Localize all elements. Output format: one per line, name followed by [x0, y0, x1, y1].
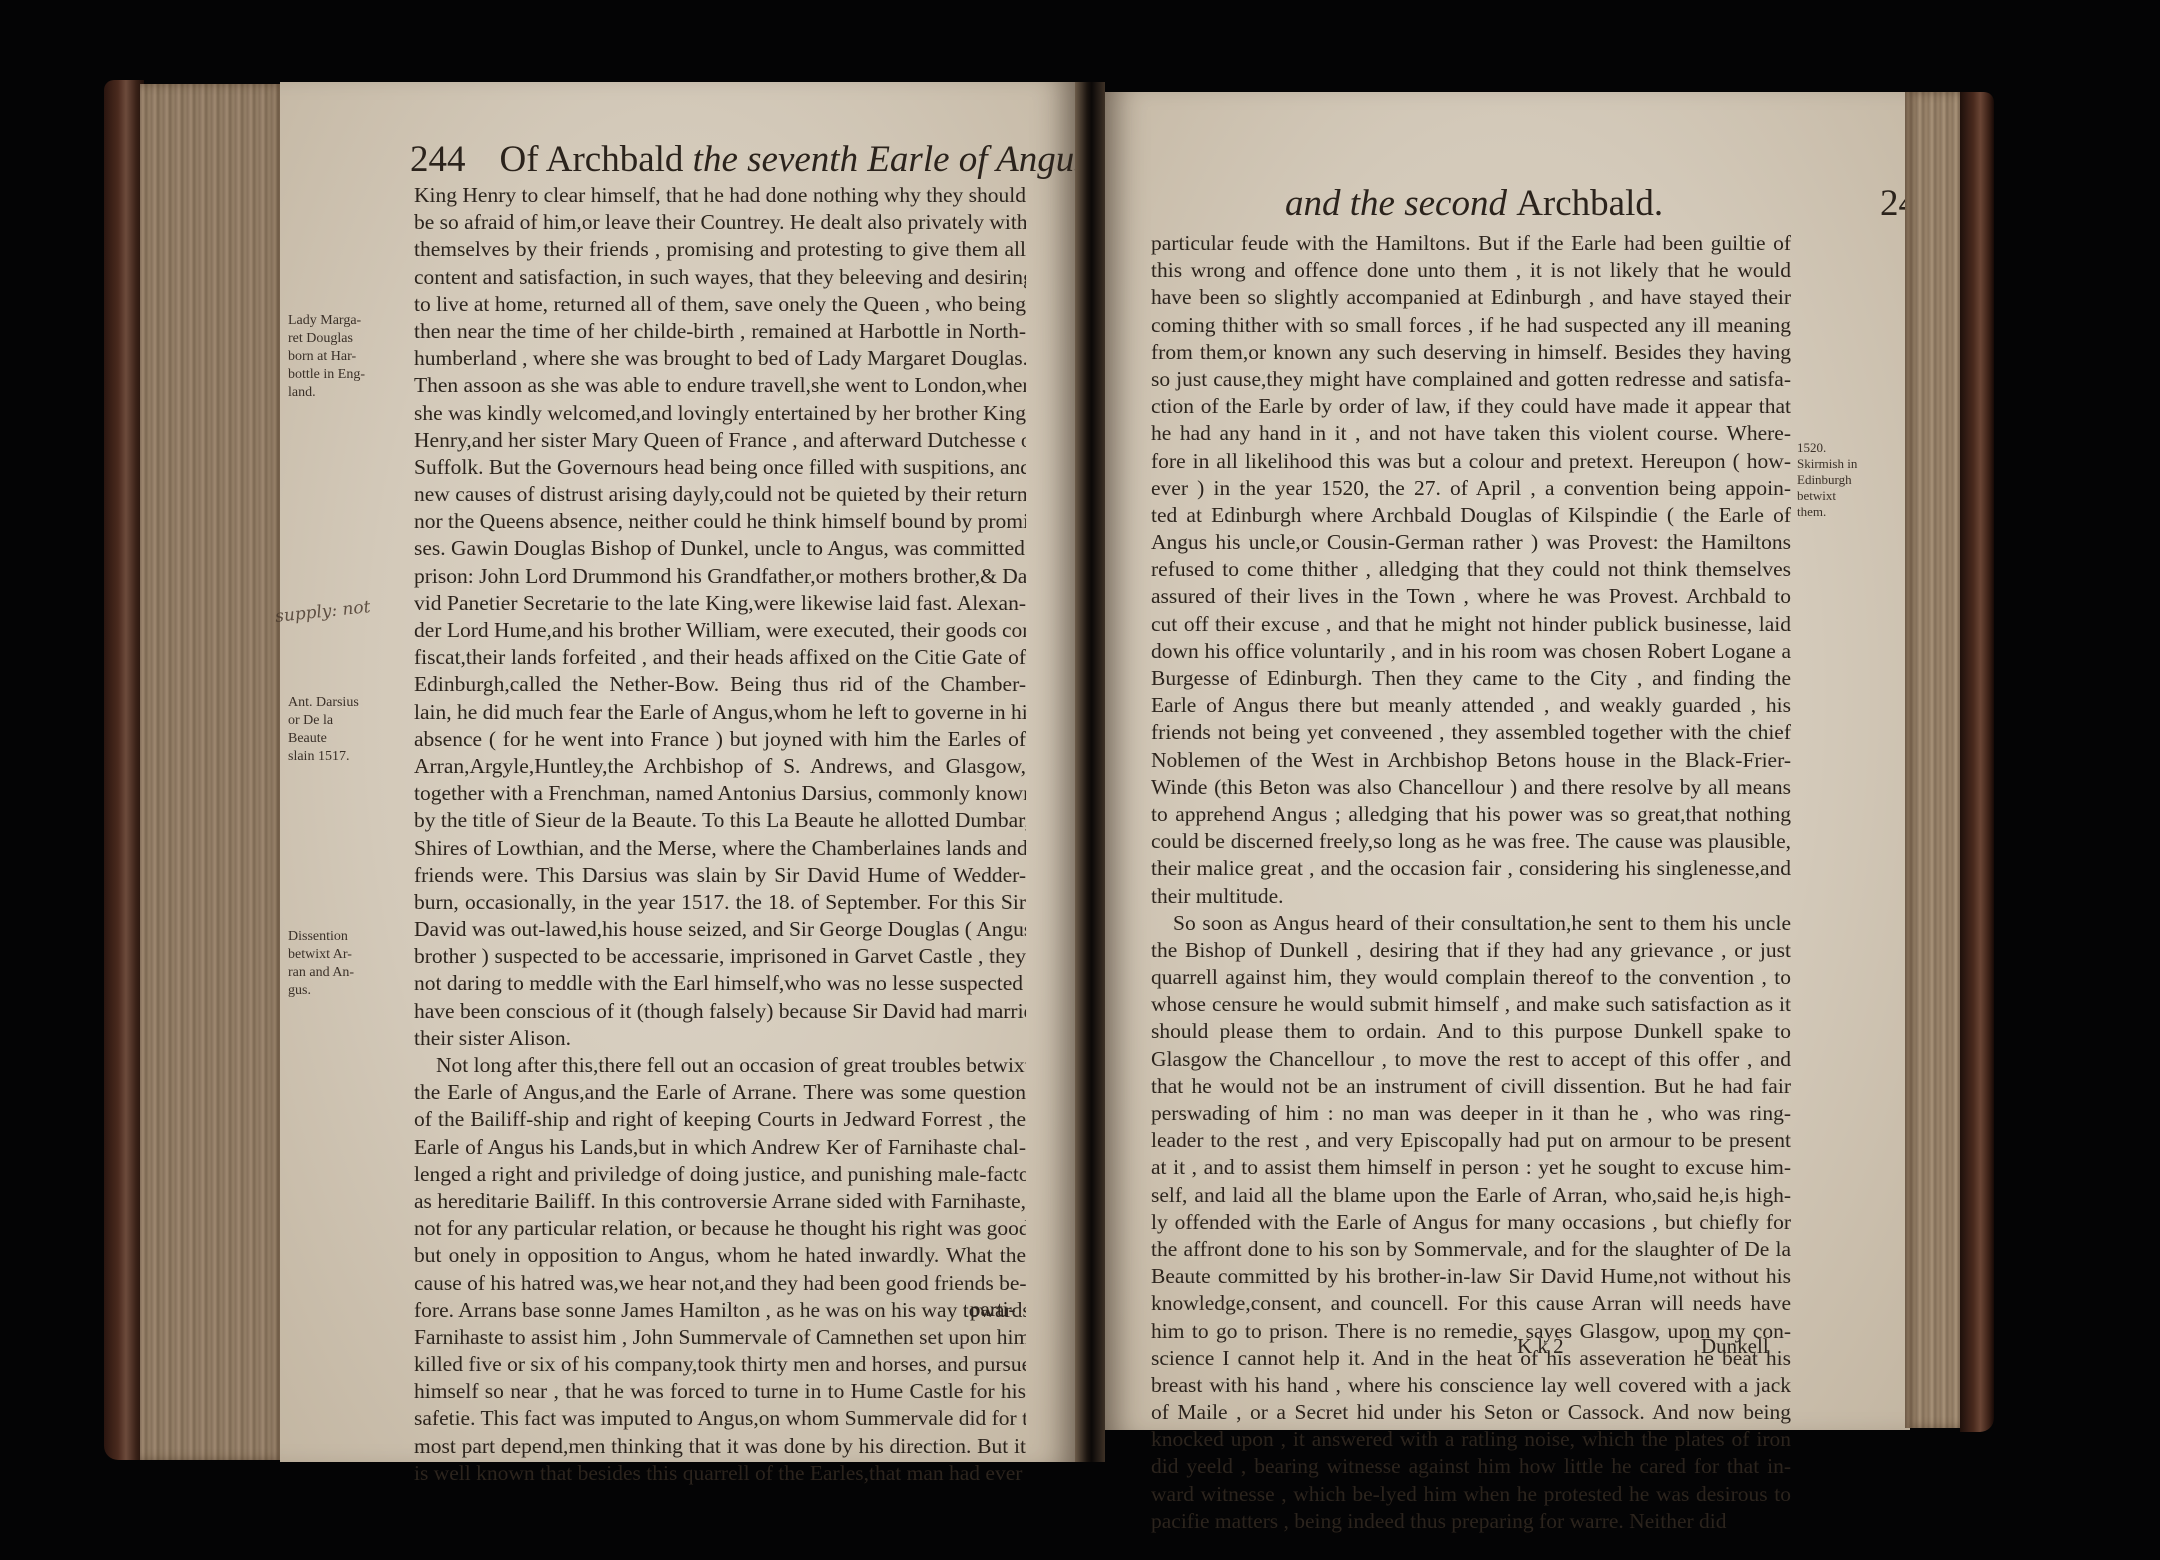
text-line: the Bishop of Dunkell , desiring that if…	[1151, 937, 1791, 964]
text-line: refused to come thither , alledging that…	[1151, 556, 1791, 583]
open-book: 244Of Archbald the seventh Earle of Angu…	[0, 0, 2160, 1560]
margin-note-line: Skirmish in	[1797, 456, 1877, 472]
text-line: killed five or six of his company,took t…	[414, 1351, 1026, 1378]
running-head-left: 244Of Archbald the seventh Earle of Angu…	[410, 138, 1098, 181]
text-line: ction of the Earle by order of law, if t…	[1151, 393, 1791, 420]
right-page: and the second Archbald. 245 particular …	[1105, 92, 1910, 1430]
text-line: not daring to meddle with the Earl himse…	[414, 970, 1026, 997]
margin-note-line: them.	[1797, 504, 1877, 520]
text-line: by the title of Sieur de la Beaute. To t…	[414, 807, 1026, 834]
text-line: cut off their excuse , and that he might…	[1151, 611, 1791, 638]
margin-note-line: or De la	[288, 712, 383, 730]
text-line: burn, occasionally, in the year 1517. th…	[414, 889, 1026, 916]
text-line: themselves by their friends , promising …	[414, 236, 1026, 263]
text-line: nor the Queens absence, neither could he…	[414, 508, 1026, 535]
text-line: knowledge,consent, and councell. For thi…	[1151, 1290, 1791, 1317]
text-line: Angus his uncle,or Cousin-German rather …	[1151, 529, 1791, 556]
text-line: content and satisfaction, in such wayes,…	[414, 264, 1026, 291]
text-line: of Maile , or a Secret hid under his Set…	[1151, 1399, 1791, 1426]
text-line: the affront done to his son by Sommerval…	[1151, 1236, 1791, 1263]
margin-note-line: ret Douglas	[288, 330, 383, 348]
text-line: new causes of distrust arising dayly,cou…	[414, 481, 1026, 508]
running-head-right: and the second Archbald. 245	[1285, 182, 1663, 225]
text-line: Suffolk. But the Governours head being o…	[414, 454, 1026, 481]
text-line: their sister Alison.	[414, 1025, 1026, 1052]
text-line: she was kindly welcomed,and lovingly ent…	[414, 400, 1026, 427]
text-line: particular feude with the Hamiltons. But…	[1151, 230, 1791, 257]
text-line: to apprehend Angus ; alledging that his …	[1151, 801, 1791, 828]
text-line: quarrell against him, they would complai…	[1151, 964, 1791, 991]
text-line: brother ) suspected to be accessarie, im…	[414, 943, 1026, 970]
text-line: humberland , where she was brought to be…	[414, 345, 1026, 372]
running-head-roman: Archbald.	[1516, 183, 1663, 224]
text-line: breast with his hand , where his conscie…	[1151, 1372, 1791, 1399]
margin-note-line: betwixt Ar-	[288, 946, 383, 964]
text-line: so just cause,they might have complained…	[1151, 366, 1791, 393]
margin-note-line: bottle in Eng-	[288, 366, 383, 384]
margin-note-line: Dissention	[288, 928, 383, 946]
margin-note-dissention: Dissentionbetwixt Ar-ran and An-gus.	[288, 928, 383, 1000]
text-line: should please them to ordain. And to thi…	[1151, 1018, 1791, 1045]
text-line: their multitude.	[1151, 883, 1791, 910]
text-line: himself so near , that he was forced to …	[414, 1378, 1026, 1405]
text-line: him to go to prison. There is no remedie…	[1151, 1318, 1791, 1345]
text-line: Farnihaste to assist him , John Summerva…	[414, 1324, 1026, 1351]
margin-note-line: slain 1517.	[288, 748, 383, 766]
text-line: ses. Gawin Douglas Bishop of Dunkel, unc…	[414, 535, 1026, 562]
margin-note-margaret-douglas: Lady Marga-ret Douglasborn at Har-bottle…	[288, 312, 383, 402]
page-number: 244	[410, 139, 466, 180]
text-line: science I cannot help it. And in the hea…	[1151, 1345, 1791, 1372]
text-line: Arran,Argyle,Huntley,the Archbishop of S…	[414, 753, 1026, 780]
text-line: have been conscious of it (though falsel…	[414, 998, 1026, 1025]
catchword-right: Dunkell	[1701, 1334, 1769, 1359]
text-line: pacifie matters , being indeed thus prep…	[1151, 1508, 1791, 1535]
text-line: Glasgow the Chancellour , to move the re…	[1151, 1046, 1791, 1073]
text-line: did yeeld , bearing witnesse against him…	[1151, 1453, 1791, 1480]
margin-note-line: gus.	[288, 982, 383, 1000]
text-line: fiscat,their lands forfeited , and their…	[414, 644, 1026, 671]
margin-note-line: 1520.	[1797, 440, 1877, 456]
left-page: 244Of Archbald the seventh Earle of Angu…	[280, 82, 1075, 1462]
margin-note-line: Edinburgh	[1797, 472, 1877, 488]
margin-note-line: Ant. Darsius	[288, 694, 383, 712]
text-line: Not long after this,there fell out an oc…	[414, 1052, 1026, 1079]
text-line: that he would not be an instrument of ci…	[1151, 1073, 1791, 1100]
margin-note-line: betwixt	[1797, 488, 1877, 504]
text-line: Earle of Angus there but meanly attended…	[1151, 692, 1791, 719]
text-line: der Lord Hume,and his brother William, w…	[414, 617, 1026, 644]
text-line: then near the time of her childe-birth ,…	[414, 318, 1026, 345]
text-line: ever ) in the year 1520, the 27. of Apri…	[1151, 475, 1791, 502]
text-line: absence ( for he went into France ) but …	[414, 726, 1026, 753]
text-line: coming thither with so small forces , if…	[1151, 312, 1791, 339]
text-line: fore in all likelihood this was but a co…	[1151, 448, 1791, 475]
text-line: ted at Edinburgh where Archbald Douglas …	[1151, 502, 1791, 529]
text-line: not for any particular relation, or beca…	[414, 1215, 1026, 1242]
text-line: from them,or known any such deserving in…	[1151, 339, 1791, 366]
text-line: Earle of Angus his Lands,but in which An…	[414, 1134, 1026, 1161]
catchword-left: parti-	[970, 1297, 1015, 1322]
text-line: down his office voluntarily , and in his…	[1151, 638, 1791, 665]
margin-note-line: Lady Marga-	[288, 312, 383, 330]
text-line: David was out-lawed,his house seized, an…	[414, 916, 1026, 943]
text-line: he had any hand in it , and not have tak…	[1151, 420, 1791, 447]
margin-note-line: land.	[288, 384, 383, 402]
text-line: So soon as Angus heard of their consulta…	[1151, 910, 1791, 937]
text-line: fore. Arrans base sonne James Hamilton ,…	[414, 1297, 1026, 1324]
text-line: their malice great , and the occasion fa…	[1151, 855, 1791, 882]
leather-binding-left	[104, 80, 144, 1460]
text-line: could be discerned freely,so long as he …	[1151, 828, 1791, 855]
running-head-italic: and the second	[1285, 183, 1516, 224]
page-edges-right	[1905, 92, 1963, 1428]
text-line: ly offended with the Earle of Angus for …	[1151, 1209, 1791, 1236]
text-line: friends were. This Darsius was slain by …	[414, 862, 1026, 889]
text-line: Edinburgh,called the Nether-Bow. Being t…	[414, 671, 1026, 698]
text-line: is well known that besides this quarrell…	[414, 1460, 1026, 1487]
text-line: Shires of Lowthian, and the Merse, where…	[414, 835, 1026, 862]
leather-binding-right	[1960, 92, 1994, 1432]
text-line: at it , and to assist them himself in pe…	[1151, 1154, 1791, 1181]
text-line: assured of their lives in the Town , whe…	[1151, 583, 1791, 610]
text-line: Beaute committed by his brother-in-law S…	[1151, 1263, 1791, 1290]
text-line: Burgesse of Edinburgh. Then they came to…	[1151, 665, 1791, 692]
text-line: lain, he did much fear the Earle of Angu…	[414, 699, 1026, 726]
margin-note-line: born at Har-	[288, 348, 383, 366]
text-line: Noblemen of the West in Archbishop Beton…	[1151, 747, 1791, 774]
running-head-italic: the seventh Earle of Angus	[693, 139, 1089, 180]
text-line: to live at home, returned all of them, s…	[414, 291, 1026, 318]
text-line: together with a Frenchman, named Antoniu…	[414, 780, 1026, 807]
margin-note-line: Beaute	[288, 730, 383, 748]
text-line: vid Panetier Secretarie to the late King…	[414, 590, 1026, 617]
text-line: Then assoon as she was able to endure tr…	[414, 372, 1026, 399]
text-line: the Earle of Angus,and the Earle of Arra…	[414, 1079, 1026, 1106]
text-line: knocked upon , it answered with a ratlin…	[1151, 1426, 1791, 1453]
text-line: whose censure he would submit himself , …	[1151, 991, 1791, 1018]
text-line: be so afraid of him,or leave their Count…	[414, 209, 1026, 236]
text-line: as hereditarie Bailiff. In this controve…	[414, 1188, 1026, 1215]
text-line: most part depend,men thinking that it wa…	[414, 1433, 1026, 1460]
text-line: King Henry to clear himself, that he had…	[414, 182, 1026, 209]
text-line: leader to the rest , and very Episcopall…	[1151, 1127, 1791, 1154]
text-line: cause of his hatred was,we hear not,and …	[414, 1270, 1026, 1297]
handwritten-annotation: supply: not	[274, 597, 371, 627]
text-line: have been so slightly accompanied at Edi…	[1151, 284, 1791, 311]
gutter	[1075, 82, 1105, 1462]
text-line: friends not being yet conveened , they a…	[1151, 719, 1791, 746]
body-text-left: King Henry to clear himself, that he had…	[414, 182, 1026, 1487]
text-line: prison: John Lord Drummond his Grandfath…	[414, 563, 1026, 590]
text-line: lenged a right and priviledge of doing j…	[414, 1161, 1026, 1188]
margin-note-skirmish: 1520.Skirmish inEdinburghbetwixtthem.	[1797, 440, 1877, 520]
signature-mark: K k 2	[1517, 1334, 1564, 1359]
text-line: safetie. This fact was imputed to Angus,…	[414, 1405, 1026, 1432]
margin-note-darsius: Ant. Darsiusor De laBeauteslain 1517.	[288, 694, 383, 766]
text-line: but onely in opposition to Angus, whom h…	[414, 1242, 1026, 1269]
text-line: of the Bailiff-ship and right of keeping…	[414, 1106, 1026, 1133]
text-line: self, and laid all the blame upon the Ea…	[1151, 1182, 1791, 1209]
text-line: this wrong and offence done unto them , …	[1151, 257, 1791, 284]
text-line: ward witnesse , which be-lyed him when h…	[1151, 1481, 1791, 1508]
text-line: perswading of him : no man was deeper in…	[1151, 1100, 1791, 1127]
margin-note-line: ran and An-	[288, 964, 383, 982]
page-edges-left	[140, 84, 285, 1460]
text-line: Winde (this Beton was also Chancellour )…	[1151, 774, 1791, 801]
body-text-right: particular feude with the Hamiltons. But…	[1151, 230, 1791, 1535]
text-line: Henry,and her sister Mary Queen of Franc…	[414, 427, 1026, 454]
running-head-roman: Of Archbald	[500, 139, 693, 180]
